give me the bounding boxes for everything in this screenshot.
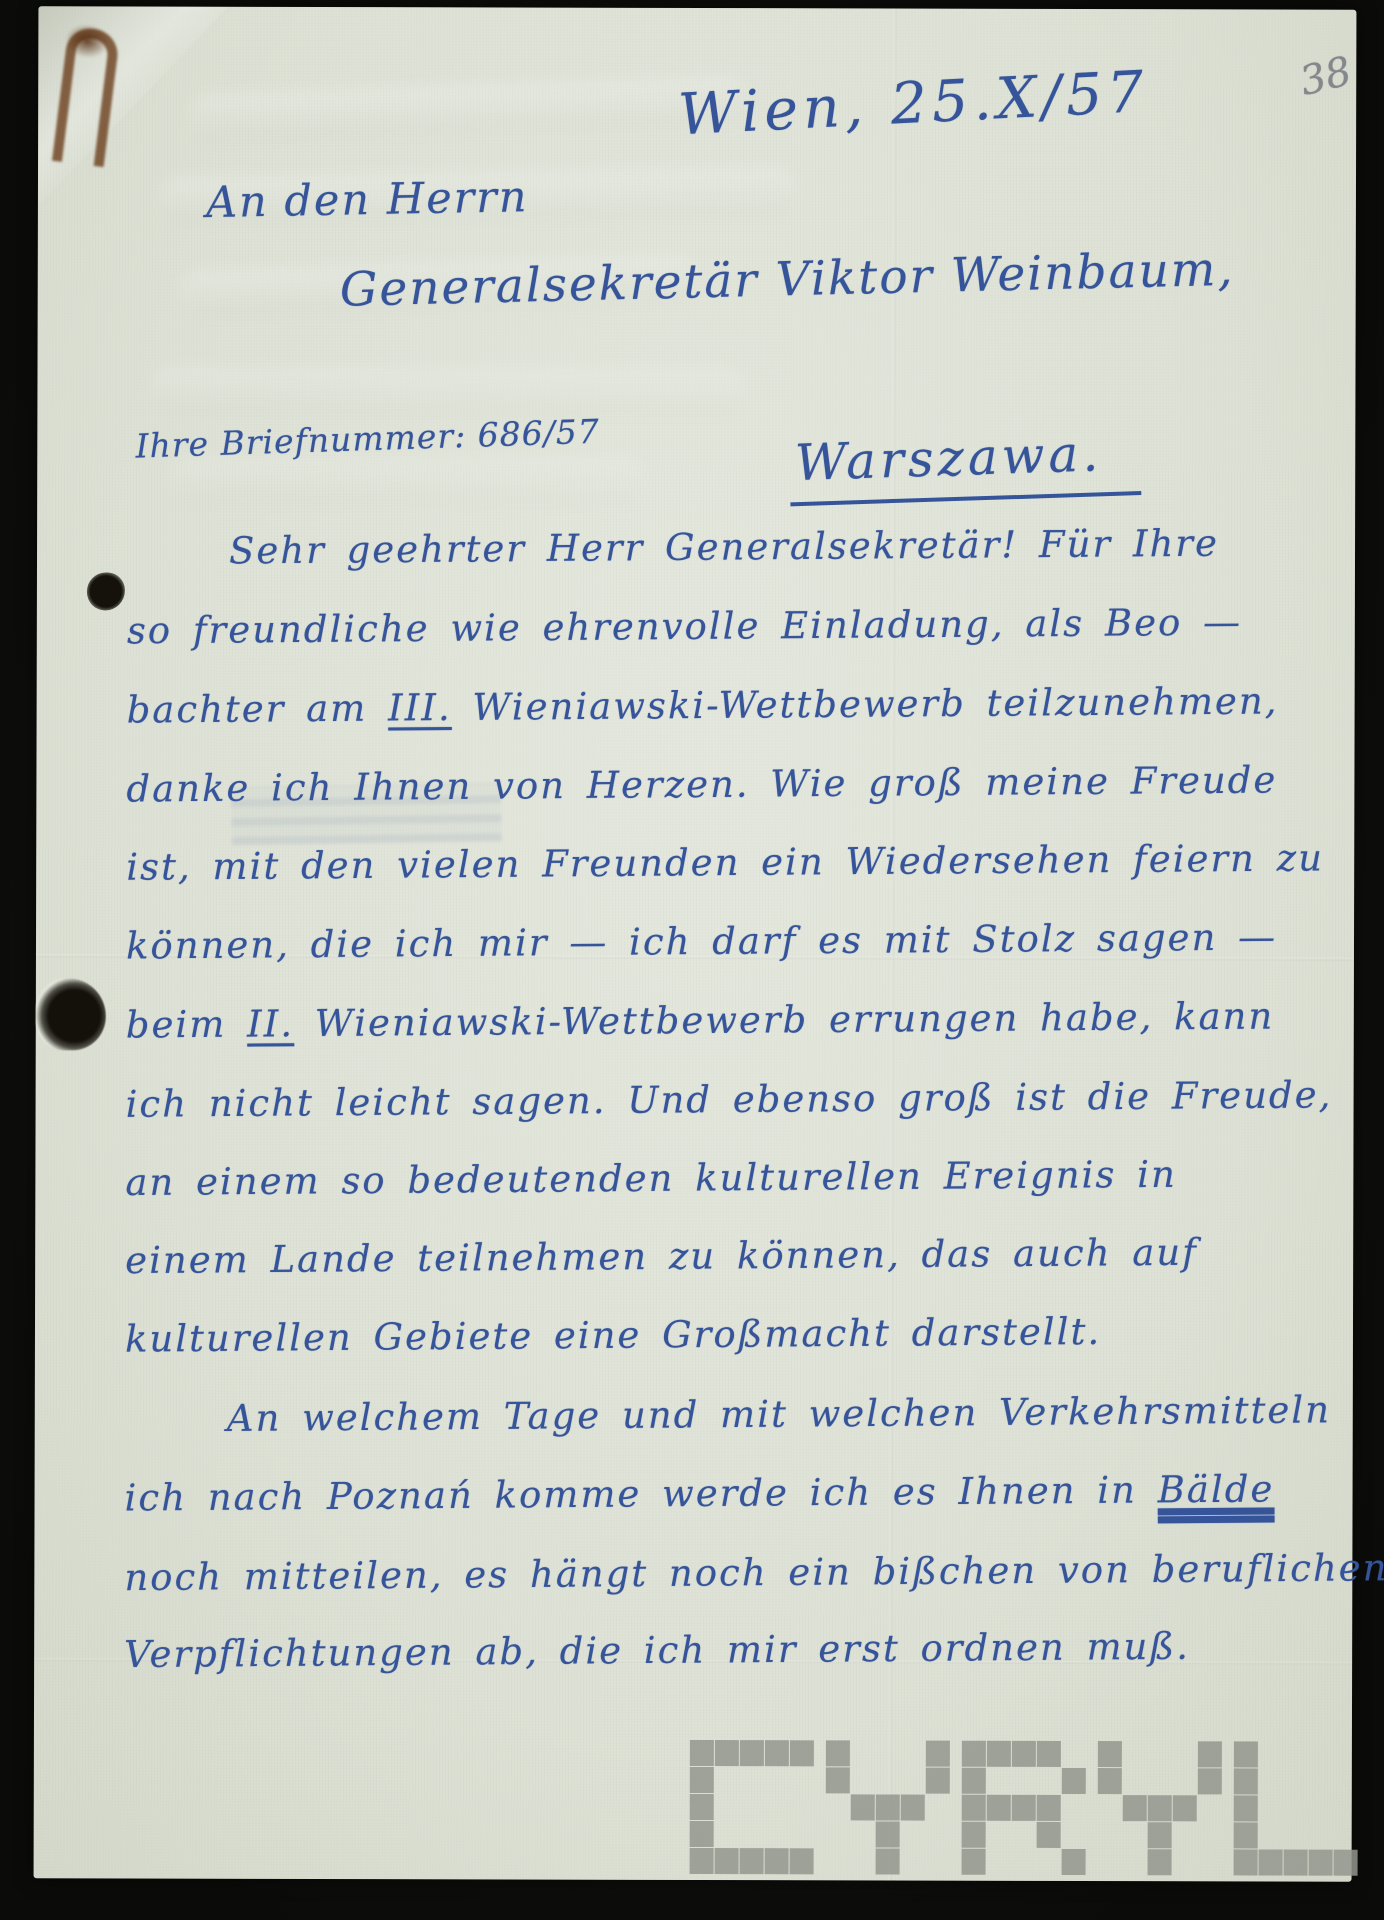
watermark-pixel xyxy=(826,1821,850,1847)
punch-hole-torn xyxy=(36,978,106,1050)
watermark-pixel xyxy=(1259,1768,1283,1794)
watermark-pixel xyxy=(790,1794,814,1820)
watermark-pixel xyxy=(962,1849,986,1875)
watermark-pixel xyxy=(1037,1768,1061,1794)
body-text-underlined: Bälde xyxy=(1157,1467,1274,1511)
watermark-pixel xyxy=(901,1795,925,1821)
body-line: an einem so bedeutenden kulturellen Erei… xyxy=(125,1153,1177,1204)
watermark-pixel xyxy=(1012,1849,1036,1875)
watermark-pixel xyxy=(765,1821,789,1847)
watermark-pixel xyxy=(1037,1849,1061,1875)
watermark-pixel xyxy=(765,1767,789,1793)
watermark-pixel xyxy=(690,1740,714,1766)
body-text: an einem so bedeutenden kulturellen Erei… xyxy=(125,1153,1177,1204)
watermark-pixel xyxy=(740,1821,764,1847)
watermark-pixel xyxy=(790,1767,814,1793)
watermark-pixel xyxy=(851,1740,875,1766)
body-text: Sehr geehrter Herr Generalsekretär! Für … xyxy=(229,522,1219,573)
body-text-underlined: II. xyxy=(247,1002,294,1045)
watermark-pixel xyxy=(901,1849,925,1875)
watermark-pixel xyxy=(715,1821,739,1847)
body-text-underlined: III. xyxy=(388,686,452,729)
watermark-pixel xyxy=(715,1740,739,1766)
watermark-pixel xyxy=(962,1822,986,1848)
watermark-pixel xyxy=(1123,1795,1147,1821)
watermark-pixel xyxy=(926,1849,950,1875)
body-text: Wieniawski-Wettbewerb errungen habe, kan… xyxy=(294,995,1274,1046)
watermark-pixel xyxy=(690,1767,714,1793)
watermark-pixel xyxy=(987,1849,1011,1875)
watermark-pixel xyxy=(1334,1823,1358,1849)
watermark-pixel xyxy=(1234,1795,1258,1821)
watermark-pixel xyxy=(715,1767,739,1793)
watermark-pixel xyxy=(1198,1741,1222,1767)
body-text: beim xyxy=(126,1003,248,1047)
watermark-pixel xyxy=(1173,1768,1197,1794)
watermark-pixel xyxy=(1234,1822,1258,1848)
watermark-pixel xyxy=(1234,1849,1258,1875)
watermark-pixel xyxy=(926,1741,950,1767)
watermark-letter xyxy=(826,1740,950,1874)
watermark-pixel xyxy=(851,1848,875,1874)
watermark-pixel xyxy=(1123,1849,1147,1875)
watermark-pixel xyxy=(1173,1741,1197,1767)
watermark-pixel xyxy=(1123,1822,1147,1848)
body-text: einem Lande teilnehmen zu können, das au… xyxy=(125,1231,1198,1282)
watermark-pixel xyxy=(1098,1849,1122,1875)
watermark-pixel xyxy=(740,1767,764,1793)
body-text: können, die ich mir — ich darf es mit St… xyxy=(126,915,1277,967)
body-line: einem Lande teilnehmen zu können, das au… xyxy=(125,1231,1198,1282)
letter-page: 38 Wien, 25.X/57 An den Herrn Generalsek… xyxy=(34,6,1357,1881)
watermark-pixel xyxy=(765,1794,789,1820)
body-line: Verpflichtungen ab, die ich mir erst ord… xyxy=(124,1625,1190,1676)
watermark-letter xyxy=(1234,1741,1358,1875)
recipient-city: Warszawa. xyxy=(788,423,1141,506)
watermark-pixel xyxy=(1012,1768,1036,1794)
watermark-pixel xyxy=(690,1821,714,1847)
watermark-pixel xyxy=(1309,1823,1333,1849)
watermark-pixel xyxy=(851,1821,875,1847)
watermark-pixel xyxy=(926,1822,950,1848)
body-line: danke ich Ihnen von Herzen. Wie groß mei… xyxy=(126,758,1277,810)
watermark-pixel xyxy=(1123,1768,1147,1794)
watermark-pixel xyxy=(1309,1850,1333,1876)
watermark-pixel xyxy=(876,1740,900,1766)
watermark-pixel xyxy=(1198,1795,1222,1821)
body-text: ich nach Poznań komme werde ich es Ihnen… xyxy=(124,1468,1157,1519)
watermark-pixel xyxy=(790,1740,814,1766)
watermark-pixel xyxy=(1334,1769,1358,1795)
watermark-pixel xyxy=(690,1848,714,1874)
body-text: danke ich Ihnen von Herzen. Wie groß mei… xyxy=(126,758,1277,810)
watermark-pixel xyxy=(1198,1822,1222,1848)
watermark-pixel xyxy=(1148,1741,1172,1767)
watermark-pixel xyxy=(1062,1822,1086,1848)
watermark-pixel xyxy=(1173,1795,1197,1821)
watermark-pixel xyxy=(1173,1822,1197,1848)
watermark-pixel xyxy=(1148,1849,1172,1875)
watermark-pixel xyxy=(1062,1795,1086,1821)
watermark-pixel xyxy=(1123,1741,1147,1767)
watermark-pixel xyxy=(962,1768,986,1794)
watermark-pixel xyxy=(740,1848,764,1874)
watermark-pixel xyxy=(926,1795,950,1821)
watermark-pixel xyxy=(1284,1850,1308,1876)
watermark-pixel xyxy=(1198,1849,1222,1875)
body-text: Verpflichtungen ab, die ich mir erst ord… xyxy=(124,1625,1190,1676)
watermark-pixel xyxy=(826,1740,850,1766)
watermark-pixel xyxy=(790,1821,814,1847)
watermark-pixel xyxy=(1284,1796,1308,1822)
watermark-pixel xyxy=(790,1848,814,1874)
watermark-pixel xyxy=(1234,1741,1258,1767)
watermark-pixel xyxy=(987,1768,1011,1794)
watermark-pixel xyxy=(690,1794,714,1820)
watermark-pixel xyxy=(1259,1849,1283,1875)
body-line: ich nach Poznań komme werde ich es Ihnen… xyxy=(124,1467,1274,1519)
watermark-pixel xyxy=(1198,1768,1222,1794)
watermark-pixel xyxy=(1334,1796,1358,1822)
watermark-pixel xyxy=(876,1767,900,1793)
body-text: so freundliche wie ehrenvolle Einladung,… xyxy=(127,601,1243,653)
watermark-pixel xyxy=(1098,1768,1122,1794)
watermark-pixel xyxy=(715,1848,739,1874)
watermark-letter xyxy=(1098,1741,1222,1875)
watermark-pixel xyxy=(740,1740,764,1766)
embossed-letterhead-texture xyxy=(167,457,647,506)
body-line: können, die ich mir — ich darf es mit St… xyxy=(126,915,1277,967)
watermark-pixel xyxy=(987,1795,1011,1821)
watermark-pixel xyxy=(1259,1822,1283,1848)
watermark-pixel xyxy=(1284,1823,1308,1849)
watermark-pixel xyxy=(1062,1768,1086,1794)
body-line: kulturellen Gebiete eine Großmacht darst… xyxy=(125,1310,1101,1361)
watermark-pixel xyxy=(1098,1822,1122,1848)
watermark-pixel xyxy=(901,1768,925,1794)
watermark-pixel xyxy=(826,1767,850,1793)
watermark-pixel xyxy=(851,1794,875,1820)
watermark-pixel xyxy=(715,1794,739,1820)
watermark-pixel xyxy=(876,1821,900,1847)
watermark-pixel xyxy=(1284,1769,1308,1795)
watermark-pixel xyxy=(987,1741,1011,1767)
watermark-pixel xyxy=(962,1741,986,1767)
watermark-pixel xyxy=(1062,1849,1086,1875)
watermark-pixel xyxy=(901,1822,925,1848)
watermark-pixel xyxy=(1012,1741,1036,1767)
body-line: bachter am III. Wieniawski-Wettbewerb te… xyxy=(126,679,1278,731)
watermark-pixel xyxy=(765,1740,789,1766)
watermark-pixel xyxy=(1284,1742,1308,1768)
watermark-pixel xyxy=(1037,1822,1061,1848)
watermark-pixel xyxy=(1062,1741,1086,1767)
watermark-pixel xyxy=(1259,1741,1283,1767)
watermark-pixel xyxy=(1012,1822,1036,1848)
cyryl-watermark xyxy=(690,1740,1352,1876)
watermark-letter xyxy=(690,1740,814,1874)
watermark-pixel xyxy=(1309,1769,1333,1795)
body-line: Sehr geehrter Herr Generalsekretär! Für … xyxy=(127,522,1219,574)
watermark-pixel xyxy=(826,1794,850,1820)
watermark-pixel xyxy=(876,1848,900,1874)
body-text: An welchem Tage und mit welchen Verkehrs… xyxy=(227,1388,1332,1440)
embossed-letterhead-texture xyxy=(147,367,747,417)
watermark-pixel xyxy=(962,1795,986,1821)
watermark-pixel xyxy=(1148,1822,1172,1848)
watermark-pixel xyxy=(901,1741,925,1767)
watermark-pixel xyxy=(987,1822,1011,1848)
watermark-pixel xyxy=(876,1794,900,1820)
watermark-pixel xyxy=(1234,1768,1258,1794)
watermark-pixel xyxy=(1098,1741,1122,1767)
body-text: Wieniawski-Wettbewerb teilzunehmen, xyxy=(451,679,1278,728)
watermark-pixel xyxy=(1037,1795,1061,1821)
watermark-pixel xyxy=(1012,1795,1036,1821)
body-text: kulturellen Gebiete eine Großmacht darst… xyxy=(125,1310,1101,1361)
recipient-salutation: An den Herrn xyxy=(206,172,529,228)
watermark-pixel xyxy=(826,1848,850,1874)
body-text: bachter am xyxy=(126,686,388,731)
watermark-pixel xyxy=(1309,1796,1333,1822)
watermark-letter xyxy=(962,1741,1086,1875)
watermark-pixel xyxy=(1037,1741,1061,1767)
watermark-pixel xyxy=(1309,1742,1333,1768)
watermark-pixel xyxy=(851,1767,875,1793)
watermark-pixel xyxy=(926,1768,950,1794)
watermark-pixel xyxy=(1173,1849,1197,1875)
body-line: so freundliche wie ehrenvolle Einladung,… xyxy=(127,601,1243,653)
watermark-pixel xyxy=(1334,1850,1358,1876)
watermark-pixel xyxy=(1148,1768,1172,1794)
watermark-pixel xyxy=(1259,1795,1283,1821)
watermark-pixel xyxy=(1148,1795,1172,1821)
watermark-pixel xyxy=(765,1848,789,1874)
watermark-pixel xyxy=(740,1794,764,1820)
watermark-pixel xyxy=(1098,1795,1122,1821)
body-line: beim II. Wieniawski-Wettbewerb errungen … xyxy=(126,995,1275,1047)
watermark-pixel xyxy=(1334,1742,1358,1768)
